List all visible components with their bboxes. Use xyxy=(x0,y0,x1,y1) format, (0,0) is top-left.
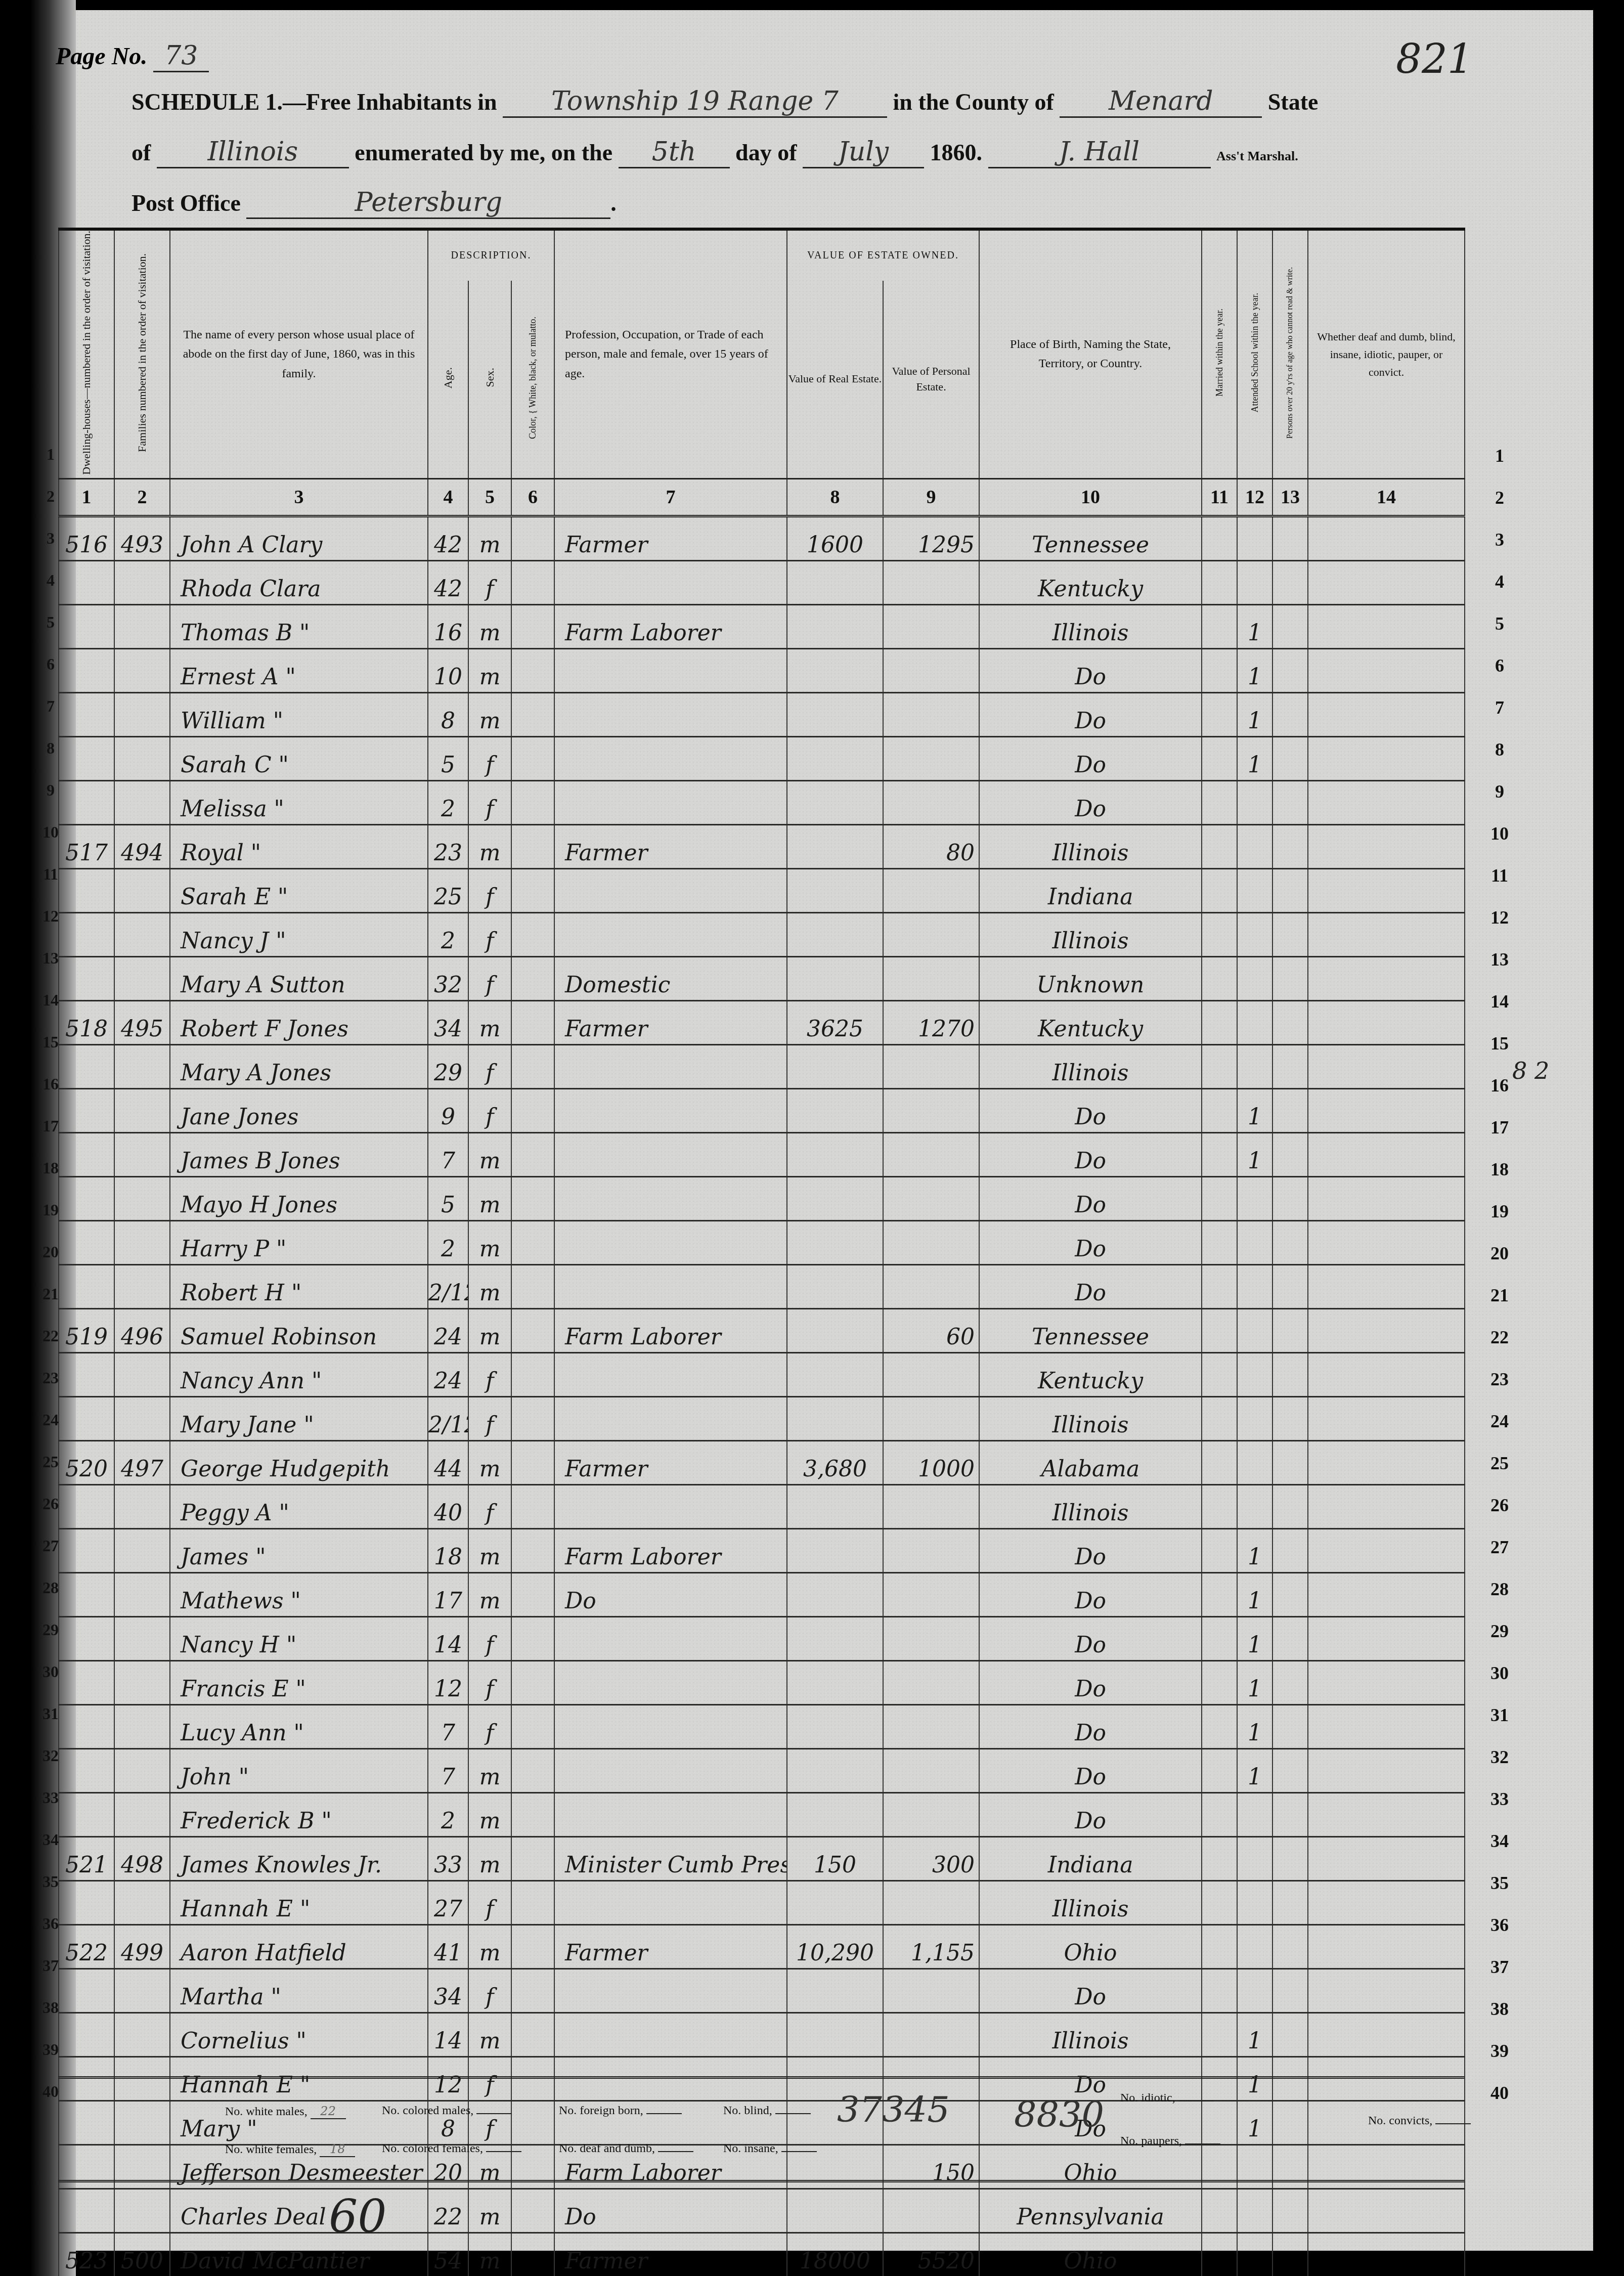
margin-note-bottom: 60 xyxy=(329,2190,387,2243)
cell-color xyxy=(511,1880,554,1924)
table-row: Peggy A "40fIllinois xyxy=(59,1484,1465,1528)
cell-real xyxy=(787,736,883,780)
cell-sex: m xyxy=(468,2189,511,2233)
cell-school xyxy=(1237,1352,1272,1396)
cell-birthplace: Illinois xyxy=(979,2012,1202,2056)
cell-sex: f xyxy=(468,1616,511,1660)
cell-illiterate xyxy=(1272,1968,1308,2012)
cell-occupation: Farmer xyxy=(554,1000,787,1044)
marshal-label: Ass't Marshal. xyxy=(1216,149,1298,163)
table-row: Robert H "2/12mDo xyxy=(59,1264,1465,1308)
cell-illiterate xyxy=(1272,516,1308,560)
cell-color xyxy=(511,1088,554,1132)
line-number-left: 8 xyxy=(35,739,66,758)
cell-birthplace: Do xyxy=(979,1176,1202,1220)
cell-personal xyxy=(883,1704,979,1748)
cell-school xyxy=(1237,2189,1272,2233)
cell-occupation: Farm Laborer xyxy=(554,1528,787,1572)
cell-dwelling xyxy=(59,868,114,912)
cell-family xyxy=(114,2012,170,2056)
cell-married xyxy=(1202,1792,1237,1836)
cell-occupation: Farm Laborer xyxy=(554,1308,787,1352)
col-illiterate-header: Persons over 20 y'rs of age who cannot r… xyxy=(1272,229,1308,478)
cell-married xyxy=(1202,560,1237,604)
cell-married xyxy=(1202,1836,1237,1880)
table-row: Sarah C "5fDo1 xyxy=(59,736,1465,780)
cell-dwelling xyxy=(59,1484,114,1528)
cell-illiterate xyxy=(1272,2189,1308,2233)
cell-school xyxy=(1237,1000,1272,1044)
cell-sex: m xyxy=(468,692,511,736)
page-label: Page No. xyxy=(56,43,147,70)
cell-color xyxy=(511,1484,554,1528)
cell-name: James B Jones xyxy=(170,1132,428,1176)
cell-married xyxy=(1202,1572,1237,1616)
cell-dwelling xyxy=(59,956,114,1000)
cell-age: 7 xyxy=(428,1704,468,1748)
cell-sex: m xyxy=(468,1308,511,1352)
cell-family xyxy=(114,692,170,736)
line-number-right: 11 xyxy=(1484,865,1515,886)
cell-illiterate xyxy=(1272,1836,1308,1880)
cell-married xyxy=(1202,648,1237,692)
cell-name: Mayo H Jones xyxy=(170,1176,428,1220)
cell-school xyxy=(1237,2233,1272,2276)
cell-real xyxy=(787,780,883,824)
cell-birthplace: Do xyxy=(979,1968,1202,2012)
table-row: 521498James Knowles Jr.33mMinister Cumb … xyxy=(59,1836,1465,1880)
cell-disability xyxy=(1308,1440,1465,1484)
enumerated-label: enumerated by me, on the xyxy=(355,140,612,165)
real-estate-total: 37345 xyxy=(837,2089,950,2130)
cell-personal xyxy=(883,956,979,1000)
cell-real xyxy=(787,1484,883,1528)
cell-name: Cornelius " xyxy=(170,2012,428,2056)
line-number-left: 21 xyxy=(35,1285,66,1303)
cell-family: 493 xyxy=(114,516,170,560)
cell-married xyxy=(1202,1176,1237,1220)
cell-sex: m xyxy=(468,2233,511,2276)
line-number-left: 18 xyxy=(35,1159,66,1177)
cell-birthplace: Do xyxy=(979,1264,1202,1308)
cell-occupation: Farmer xyxy=(554,2233,787,2276)
cell-age: 5 xyxy=(428,1176,468,1220)
cell-birthplace: Do xyxy=(979,1748,1202,1792)
cell-illiterate xyxy=(1272,1792,1308,1836)
cell-real xyxy=(787,1132,883,1176)
cell-married xyxy=(1202,1616,1237,1660)
cell-dwelling: 519 xyxy=(59,1308,114,1352)
cell-personal xyxy=(883,2189,979,2233)
cell-real xyxy=(787,1748,883,1792)
cell-age: 12 xyxy=(428,1660,468,1704)
cell-birthplace: Illinois xyxy=(979,1044,1202,1088)
cell-age: 32 xyxy=(428,956,468,1000)
cell-family xyxy=(114,956,170,1000)
cell-personal: 300 xyxy=(883,1836,979,1880)
cell-family xyxy=(114,648,170,692)
cell-disability xyxy=(1308,1484,1465,1528)
cell-married xyxy=(1202,956,1237,1000)
idiotic: No. idiotic, xyxy=(1120,2091,1214,2105)
cell-personal xyxy=(883,1616,979,1660)
cell-illiterate xyxy=(1272,692,1308,736)
cell-color xyxy=(511,1352,554,1396)
table-row: Mayo H Jones5mDo xyxy=(59,1176,1465,1220)
cell-school: 1 xyxy=(1237,604,1272,648)
cell-age: 33 xyxy=(428,1836,468,1880)
cell-dwelling: 523 xyxy=(59,2233,114,2276)
line-number-right: 29 xyxy=(1484,1621,1515,1642)
col-dwelling-header: Dwelling-houses—numbered in the order of… xyxy=(59,229,114,478)
cell-real: 150 xyxy=(787,1836,883,1880)
cell-color xyxy=(511,1044,554,1088)
cell-illiterate xyxy=(1272,1000,1308,1044)
table-row: 522499Aaron Hatfield41mFarmer10,2901,155… xyxy=(59,1924,1465,1968)
cell-sex: m xyxy=(468,1220,511,1264)
cell-family: 496 xyxy=(114,1308,170,1352)
cell-age: 40 xyxy=(428,1484,468,1528)
cell-birthplace: Indiana xyxy=(979,868,1202,912)
cell-age: 29 xyxy=(428,1044,468,1088)
cell-age: 2/12 xyxy=(428,1396,468,1440)
table-row: Harry P "2mDo xyxy=(59,1220,1465,1264)
table-row: Nancy J "2fIllinois xyxy=(59,912,1465,956)
cell-real xyxy=(787,1704,883,1748)
cell-personal xyxy=(883,1528,979,1572)
cell-age: 44 xyxy=(428,1440,468,1484)
cell-family xyxy=(114,2189,170,2233)
table-row: Mary Jane "2/12fIllinois xyxy=(59,1396,1465,1440)
cell-school: 1 xyxy=(1237,692,1272,736)
cell-illiterate xyxy=(1272,824,1308,868)
cell-school: 1 xyxy=(1237,1704,1272,1748)
cell-age: 25 xyxy=(428,868,468,912)
cell-sex: m xyxy=(468,2012,511,2056)
cell-name: John " xyxy=(170,1748,428,1792)
cell-personal xyxy=(883,1088,979,1132)
cell-family: 498 xyxy=(114,1836,170,1880)
line-number-right: 7 xyxy=(1484,697,1515,718)
table-row: Charles Deal22mDoPennsylvania xyxy=(59,2189,1465,2233)
line-number-left: 33 xyxy=(35,1788,66,1807)
table-row: 516493John A Clary42mFarmer16001295Tenne… xyxy=(59,516,1465,560)
cell-age: 27 xyxy=(428,1880,468,1924)
table-row: Nancy Ann "24fKentucky xyxy=(59,1352,1465,1396)
cell-illiterate xyxy=(1272,1924,1308,1968)
cell-name: Mary A Jones xyxy=(170,1044,428,1088)
cell-school: 1 xyxy=(1237,1616,1272,1660)
cell-family xyxy=(114,1264,170,1308)
cell-occupation xyxy=(554,2012,787,2056)
line-number-right: 13 xyxy=(1484,949,1515,970)
col-occupation-header: Profession, Occupation, or Trade of each… xyxy=(554,229,787,478)
cell-name: Charles Deal xyxy=(170,2189,428,2233)
cell-real xyxy=(787,912,883,956)
cell-sex: m xyxy=(468,1528,511,1572)
cell-illiterate xyxy=(1272,1484,1308,1528)
cell-dwelling xyxy=(59,1880,114,1924)
line-number-right: 14 xyxy=(1484,991,1515,1012)
cell-personal xyxy=(883,1132,979,1176)
cell-real xyxy=(787,1572,883,1616)
cell-married xyxy=(1202,692,1237,736)
line-number-right: 20 xyxy=(1484,1243,1515,1264)
cell-married xyxy=(1202,912,1237,956)
cell-dwelling xyxy=(59,1968,114,2012)
cell-birthplace: Do xyxy=(979,1572,1202,1616)
cell-real xyxy=(787,2189,883,2233)
table-row: Ernest A "10mDo1 xyxy=(59,648,1465,692)
year-label: 1860. xyxy=(930,140,983,165)
cell-dwelling: 520 xyxy=(59,1440,114,1484)
cell-disability xyxy=(1308,1176,1465,1220)
post-office-line: Post Office Petersburg. xyxy=(131,187,617,219)
cell-real: 1600 xyxy=(787,516,883,560)
cell-dwelling xyxy=(59,912,114,956)
cell-real xyxy=(787,2012,883,2056)
line-number-right: 26 xyxy=(1484,1495,1515,1516)
cell-married xyxy=(1202,1264,1237,1308)
white-males: No. white males, 22 xyxy=(225,2104,346,2119)
cell-personal: 1000 xyxy=(883,1440,979,1484)
schedule-label: SCHEDULE 1.—Free Inhabitants in xyxy=(131,89,497,115)
cell-personal xyxy=(883,1176,979,1220)
cell-occupation xyxy=(554,1044,787,1088)
cell-school xyxy=(1237,956,1272,1000)
cell-real: 10,290 xyxy=(787,1924,883,1968)
estate-group-header: VALUE OF ESTATE OWNED. xyxy=(787,229,979,281)
cell-dwelling xyxy=(59,1132,114,1176)
cell-age: 18 xyxy=(428,1528,468,1572)
cell-school: 1 xyxy=(1237,1660,1272,1704)
cell-real xyxy=(787,1616,883,1660)
cell-age: 41 xyxy=(428,1924,468,1968)
cell-dwelling: 521 xyxy=(59,1836,114,1880)
table-row: Thomas B "16mFarm LaborerIllinois1 xyxy=(59,604,1465,648)
cell-married xyxy=(1202,736,1237,780)
cell-color xyxy=(511,780,554,824)
cell-personal: 1,155 xyxy=(883,1924,979,1968)
cell-name: Martha " xyxy=(170,1968,428,2012)
line-number-left: 38 xyxy=(35,1998,66,2017)
line-number-left: 12 xyxy=(35,907,66,926)
cell-family xyxy=(114,560,170,604)
cell-school xyxy=(1237,1924,1272,1968)
cell-dwelling xyxy=(59,1792,114,1836)
cell-personal xyxy=(883,780,979,824)
line-number-left: 29 xyxy=(35,1621,66,1639)
cell-real xyxy=(787,1396,883,1440)
cell-family xyxy=(114,1572,170,1616)
cell-birthplace: Do xyxy=(979,1528,1202,1572)
cell-age: 2/12 xyxy=(428,1264,468,1308)
line-number-right: 30 xyxy=(1484,1662,1515,1684)
cell-name: Nancy H " xyxy=(170,1616,428,1660)
cell-personal xyxy=(883,692,979,736)
cell-personal xyxy=(883,1660,979,1704)
cell-family xyxy=(114,1528,170,1572)
cell-name: Royal " xyxy=(170,824,428,868)
cell-age: 24 xyxy=(428,1308,468,1352)
cell-age: 14 xyxy=(428,2012,468,2056)
cell-sex: f xyxy=(468,868,511,912)
cell-occupation xyxy=(554,780,787,824)
cell-name: Peggy A " xyxy=(170,1484,428,1528)
cell-school xyxy=(1237,868,1272,912)
cell-dwelling xyxy=(59,1220,114,1264)
cell-name: Francis E " xyxy=(170,1660,428,1704)
cell-family xyxy=(114,1660,170,1704)
cell-sex: f xyxy=(468,1880,511,1924)
line-number-left: 28 xyxy=(35,1579,66,1597)
cell-family xyxy=(114,780,170,824)
table-row: Jane Jones9fDo1 xyxy=(59,1088,1465,1132)
cell-name: Mathews " xyxy=(170,1572,428,1616)
colored-females: No. colored females, xyxy=(382,2142,521,2156)
cell-married xyxy=(1202,868,1237,912)
cell-illiterate xyxy=(1272,1132,1308,1176)
day-field: 5th xyxy=(619,137,730,168)
cell-name: Hannah E " xyxy=(170,1880,428,1924)
line-number-left: 39 xyxy=(35,2040,66,2059)
cell-birthplace: Do xyxy=(979,736,1202,780)
cell-real: 3,680 xyxy=(787,1440,883,1484)
cell-disability xyxy=(1308,1616,1465,1660)
cell-real xyxy=(787,1660,883,1704)
cell-illiterate xyxy=(1272,1440,1308,1484)
cell-sex: f xyxy=(468,1352,511,1396)
cell-dwelling: 517 xyxy=(59,824,114,868)
line-number-left: 25 xyxy=(35,1453,66,1471)
cell-color xyxy=(511,1660,554,1704)
cell-sex: f xyxy=(468,560,511,604)
cell-personal xyxy=(883,868,979,912)
cell-disability xyxy=(1308,956,1465,1000)
cell-family: 495 xyxy=(114,1000,170,1044)
white-females: No. white females, 18 xyxy=(225,2142,355,2157)
cell-school xyxy=(1237,1044,1272,1088)
day-label: day of xyxy=(735,140,797,165)
cell-illiterate xyxy=(1272,1528,1308,1572)
cell-real: 18000 xyxy=(787,2233,883,2276)
cell-sex: m xyxy=(468,648,511,692)
cell-personal xyxy=(883,736,979,780)
cell-name: Frederick B " xyxy=(170,1792,428,1836)
cell-personal xyxy=(883,1264,979,1308)
cell-color xyxy=(511,1264,554,1308)
cell-name: Rhoda Clara xyxy=(170,560,428,604)
cell-birthplace: Illinois xyxy=(979,1880,1202,1924)
cell-birthplace: Do xyxy=(979,1220,1202,1264)
cell-illiterate xyxy=(1272,604,1308,648)
cell-school: 1 xyxy=(1237,1132,1272,1176)
cell-age: 22 xyxy=(428,2189,468,2233)
line-number-left: 13 xyxy=(35,949,66,968)
cell-occupation: Farm Laborer xyxy=(554,604,787,648)
line-number-right: 39 xyxy=(1484,2040,1515,2062)
cell-sex: f xyxy=(468,1660,511,1704)
cell-real xyxy=(787,1088,883,1132)
line-number-left: 24 xyxy=(35,1411,66,1429)
cell-name: Melissa " xyxy=(170,780,428,824)
cell-occupation: Farmer xyxy=(554,824,787,868)
cell-dwelling xyxy=(59,1264,114,1308)
cell-name: James " xyxy=(170,1528,428,1572)
cell-age: 42 xyxy=(428,516,468,560)
cell-family xyxy=(114,736,170,780)
cell-dwelling xyxy=(59,1572,114,1616)
cell-disability xyxy=(1308,1088,1465,1132)
cell-disability xyxy=(1308,1924,1465,1968)
cell-color xyxy=(511,1704,554,1748)
line-number-left: 10 xyxy=(35,823,66,842)
cell-married xyxy=(1202,1484,1237,1528)
cell-age: 24 xyxy=(428,1352,468,1396)
cell-occupation: Farmer xyxy=(554,516,787,560)
cell-school xyxy=(1237,1176,1272,1220)
cell-occupation xyxy=(554,1088,787,1132)
line-number-right: 18 xyxy=(1484,1159,1515,1180)
cell-married xyxy=(1202,824,1237,868)
cell-dwelling xyxy=(59,2012,114,2056)
cell-disability xyxy=(1308,1044,1465,1088)
cell-occupation xyxy=(554,1176,787,1220)
cell-personal xyxy=(883,1792,979,1836)
cell-real xyxy=(787,1352,883,1396)
cell-illiterate xyxy=(1272,648,1308,692)
cell-birthplace: Do xyxy=(979,1088,1202,1132)
table-row: John "7mDo1 xyxy=(59,1748,1465,1792)
cell-dwelling xyxy=(59,1748,114,1792)
cell-family xyxy=(114,1044,170,1088)
cell-disability xyxy=(1308,824,1465,868)
cell-married xyxy=(1202,2012,1237,2056)
cell-name: George Hudgepith xyxy=(170,1440,428,1484)
line-number-right: 40 xyxy=(1484,2082,1515,2104)
cell-school xyxy=(1237,516,1272,560)
cell-disability xyxy=(1308,2012,1465,2056)
cell-birthplace: Tennessee xyxy=(979,516,1202,560)
cell-school xyxy=(1237,1220,1272,1264)
cell-sex: m xyxy=(468,1176,511,1220)
county-label: in the County of xyxy=(893,89,1054,115)
cell-dwelling xyxy=(59,604,114,648)
cell-disability xyxy=(1308,736,1465,780)
line-number-right: 1 xyxy=(1484,445,1515,466)
cell-dwelling xyxy=(59,1352,114,1396)
cell-real xyxy=(787,824,883,868)
cell-age: 10 xyxy=(428,648,468,692)
cell-age: 7 xyxy=(428,1748,468,1792)
cell-disability xyxy=(1308,1132,1465,1176)
cell-disability xyxy=(1308,868,1465,912)
line-number-left: 22 xyxy=(35,1327,66,1345)
cell-disability xyxy=(1308,1572,1465,1616)
line-number-left: 1 xyxy=(35,445,66,464)
cell-personal xyxy=(883,604,979,648)
cell-occupation xyxy=(554,1748,787,1792)
line-number-right: 19 xyxy=(1484,1201,1515,1222)
cell-disability xyxy=(1308,1748,1465,1792)
line-number-right: 5 xyxy=(1484,613,1515,634)
cell-illiterate xyxy=(1272,868,1308,912)
line-number-right: 9 xyxy=(1484,781,1515,802)
cell-occupation xyxy=(554,560,787,604)
cell-dwelling: 522 xyxy=(59,1924,114,1968)
cell-school: 1 xyxy=(1237,1528,1272,1572)
cell-disability xyxy=(1308,1528,1465,1572)
